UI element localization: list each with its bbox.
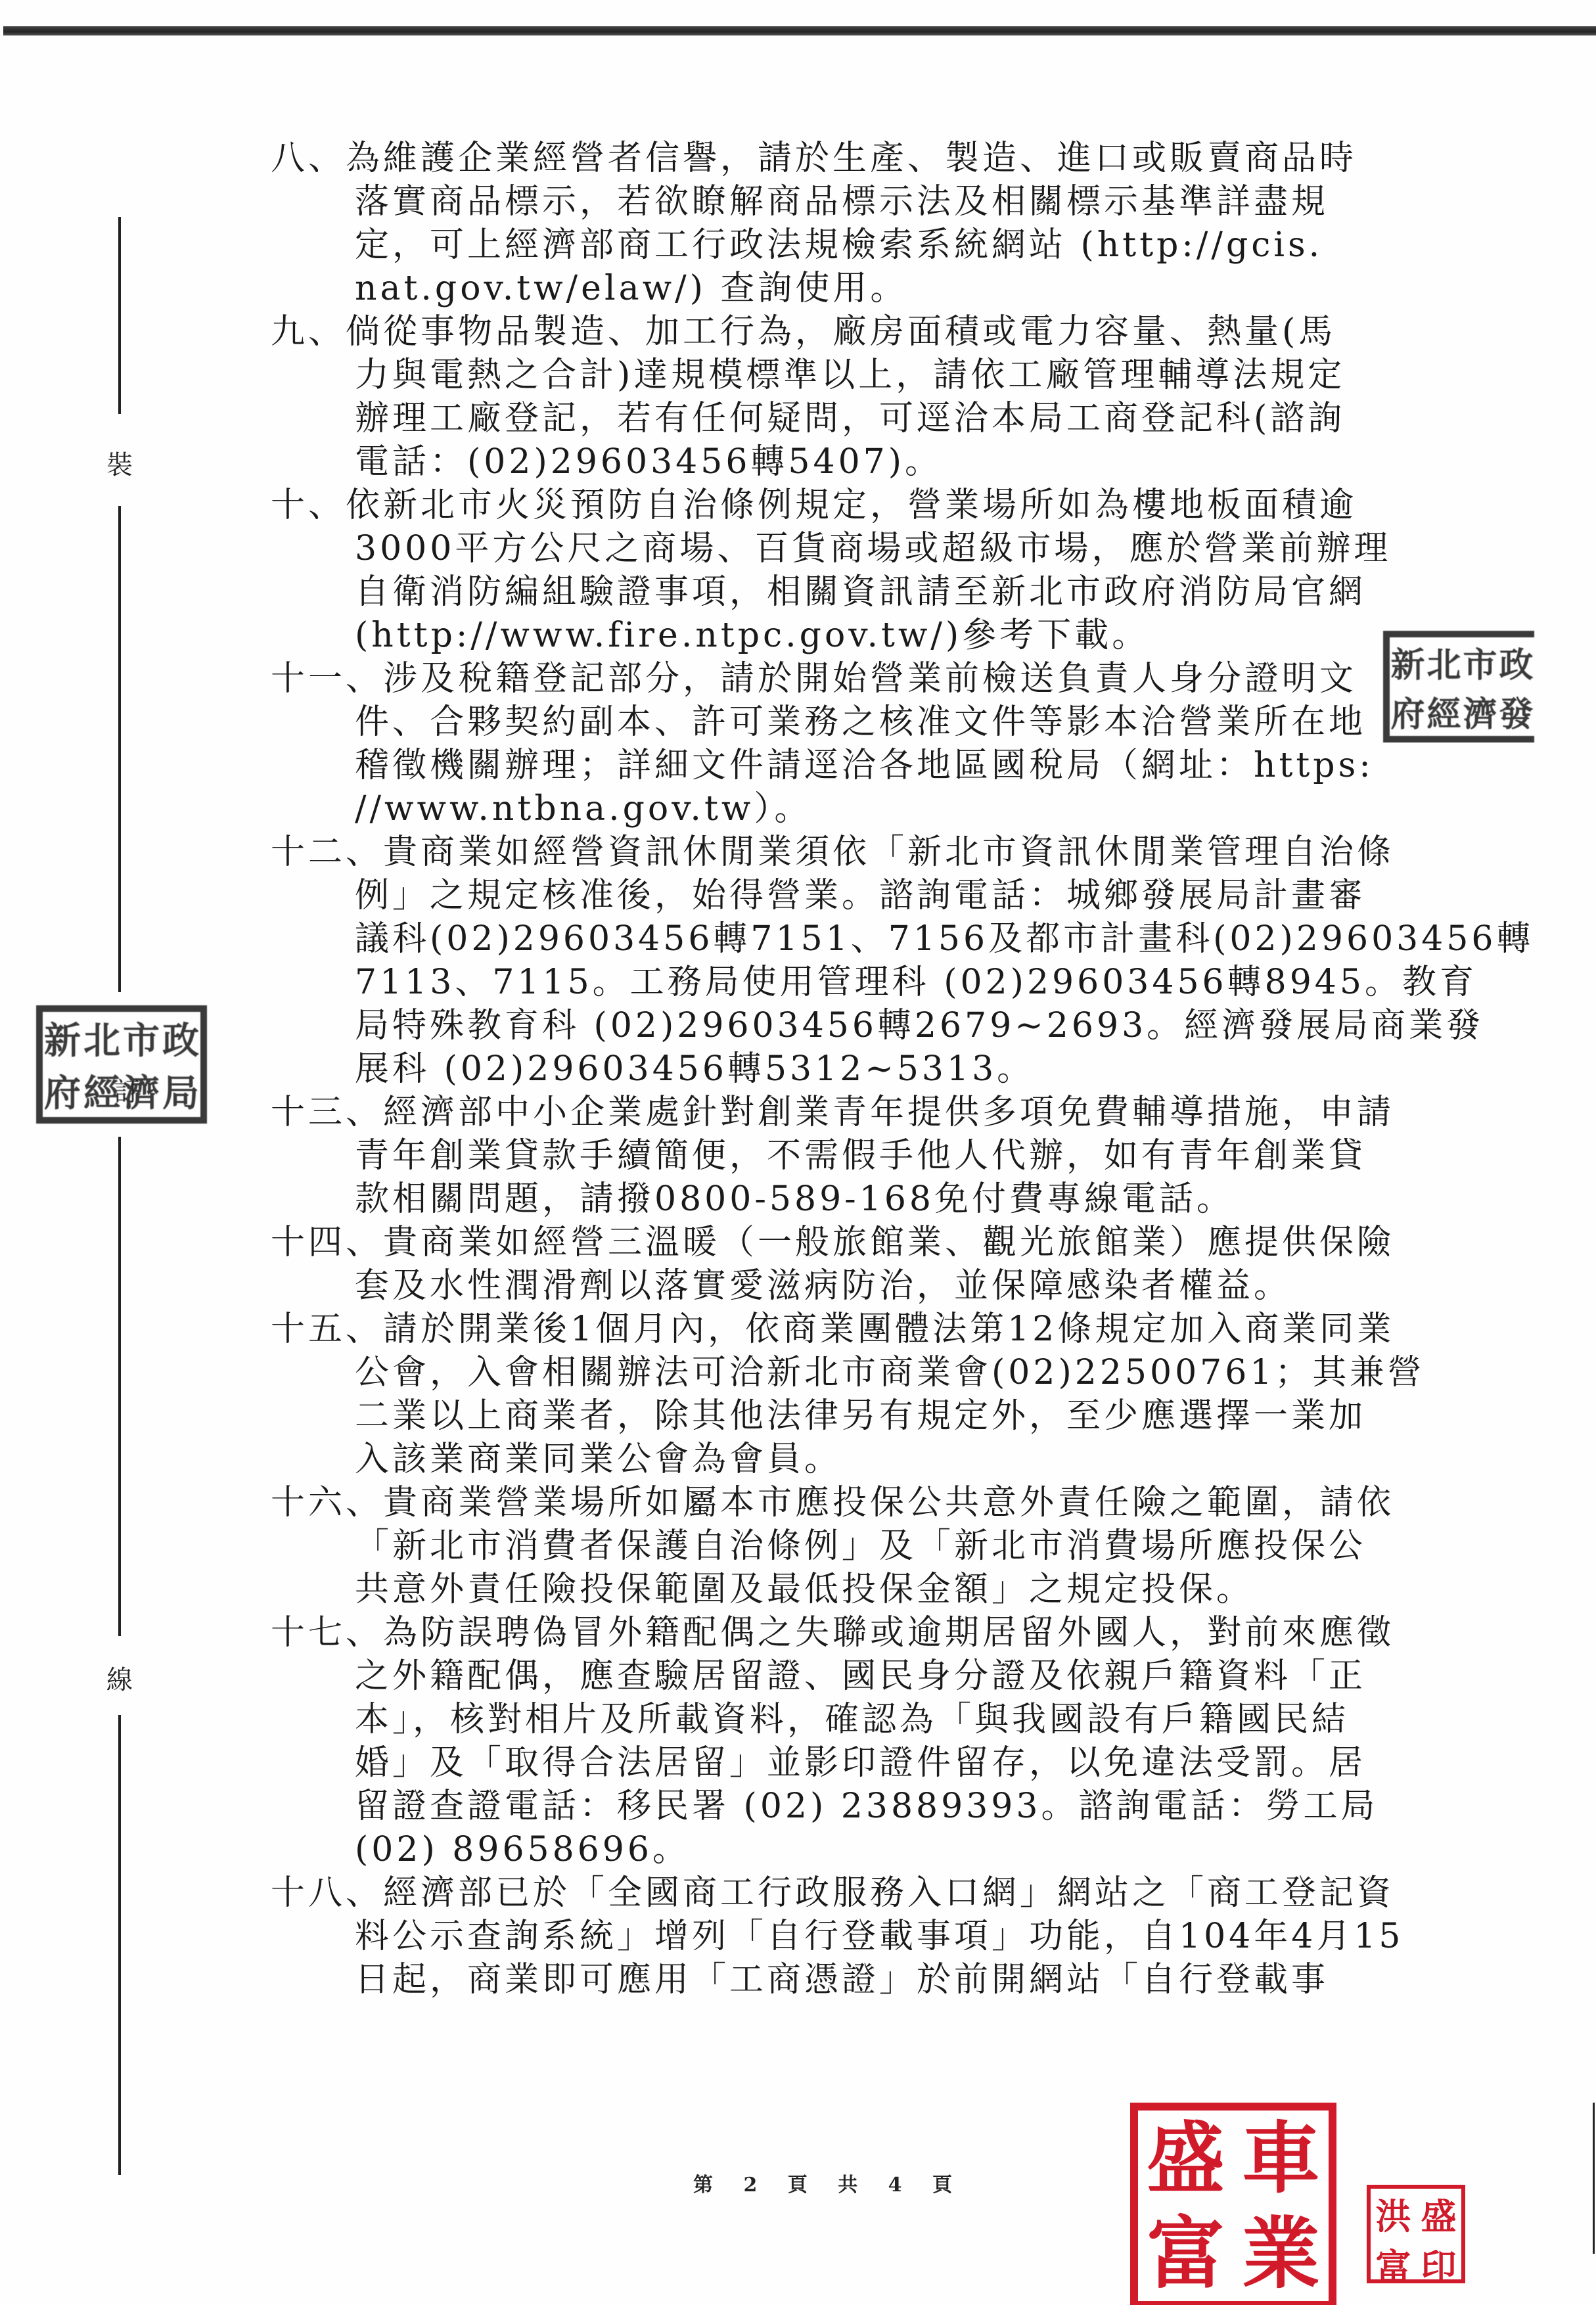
- item-text: 貴商業如經營三溫暖（一般旅館業、觀光旅館業）應提供保險: [383, 1223, 1394, 1262]
- notice-item-line: (http://www.fire.ntpc.gov.tw/)參考下載。: [271, 614, 1388, 657]
- scan-edge-shadow: [3, 26, 1596, 35]
- notice-item-line: 公會，入會相關辦法可洽新北市商業會(02)22500761；其兼營: [271, 1351, 1388, 1394]
- notice-item-first-line: 十八、經濟部已於「全國商工行政服務入口網」網站之「商工登記資: [271, 1871, 1388, 1915]
- binding-line-bottom: [118, 1715, 121, 2175]
- stamp-glyph: 北: [1426, 637, 1461, 687]
- seal-glyph: 富: [1138, 2206, 1233, 2301]
- notice-item-line: 入該業商業同業公會為會員。: [271, 1438, 1388, 1481]
- notice-item-line: 「新北市消費者保護自治條例」及「新北市消費場所應投保公: [271, 1524, 1388, 1568]
- official-stamp-left: 訂 新北市政府經濟局: [36, 1005, 207, 1124]
- notice-item-line: 青年創業貸款手續簡便，不需假手他人代辦，如有青年創業貸: [271, 1134, 1388, 1177]
- stamp-glyph: 新: [1390, 637, 1425, 687]
- stamp-glyph: 發: [1499, 687, 1533, 736]
- item-text: 經濟部已於「全國商工行政服務入口網」網站之「商工登記資: [383, 1873, 1394, 1913]
- notice-item-line: 落實商品標示，若欲瞭解商品標示法及相關標示基準詳盡規: [271, 180, 1388, 223]
- item-text: 經濟部中小企業處針對創業青年提供多項免費輔導措施，申請: [383, 1093, 1394, 1132]
- binding-mark-ding: 訂: [114, 1071, 140, 1108]
- notice-item: 十五、請於開業後1個月內，依商業團體法第12條規定加入商業同業公會，入會相關辦法…: [271, 1308, 1388, 1481]
- notice-item-line: 3000平方公尺之商場、百貨商場或超級市場，應於營業前辦理: [271, 527, 1388, 570]
- notice-item: 十二、貴商業如經營資訊休閒業須依「新北市資訊休閒業管理自治條例」之規定核准後，始…: [271, 831, 1388, 1091]
- item-number: 九、: [271, 312, 346, 352]
- official-stamp-right: 新北市政府經濟發: [1383, 631, 1534, 742]
- item-text: 為維護企業經營者信譽，請於生產、製造、進口或販賣商品時: [346, 139, 1357, 178]
- notice-item-line: 7113、7115。工務局使用管理科 (02)29603456轉8945。教育: [271, 961, 1388, 1004]
- stamp-glyph: 政: [162, 1012, 199, 1064]
- notice-item: 十一、涉及稅籍登記部分，請於開始營業前檢送負責人身分證明文件、合夥契約副本、許可…: [271, 657, 1388, 831]
- company-seal-large: 盛車富業: [1130, 2103, 1336, 2305]
- notice-item-line: 婚」及「取得合法居留」並影印證件留存，以免違法受罰。居: [271, 1741, 1388, 1785]
- notice-item-first-line: 八、為維護企業經營者信譽，請於生產、製造、進口或販賣商品時: [271, 137, 1388, 180]
- notice-item-first-line: 十二、貴商業如經營資訊休閒業須依「新北市資訊休閒業管理自治條: [271, 831, 1388, 874]
- notice-item-line: //www.ntbna.gov.tw）。: [271, 787, 1388, 831]
- item-number: 十五、: [271, 1310, 383, 1349]
- item-text: 貴商業營業場所如屬本市應投保公共意外責任險之範圍，請依: [383, 1483, 1394, 1522]
- notice-item-line: 稽徵機關辦理；詳細文件請逕洽各地區國稅局（網址：https:: [271, 744, 1388, 787]
- notice-item: 九、倘從事物品製造、加工行為，廠房面積或電力容量、熱量(馬力與電熱之合計)達規模…: [271, 310, 1388, 484]
- stamp-glyph: 經: [1426, 687, 1461, 736]
- item-number: 十四、: [271, 1223, 383, 1262]
- notice-item-line: 辦理工廠登記，若有任何疑問，可逕洽本局工商登記科(諮詢: [271, 397, 1388, 440]
- notice-item-line: 共意外責任險投保範圍及最低投保金額」之規定投保。: [271, 1568, 1388, 1611]
- notice-item-line: 局特殊教育科 (02)29603456轉2679~2693。經濟發展局商業發: [271, 1004, 1388, 1047]
- notice-item-line: (02) 89658696。: [271, 1828, 1388, 1871]
- notice-item-line: 二業以上商業者，除其他法律另有規定外，至少應選擇一業加: [271, 1394, 1388, 1438]
- stamp-glyph: 局: [162, 1064, 199, 1117]
- notice-item-line: 例」之規定核准後，始得營業。諮詢電話：城鄉發展局計畫審: [271, 874, 1388, 917]
- notice-item-line: 之外籍配偶，應查驗居留證、國民身分證及依親戶籍資料「正: [271, 1655, 1388, 1698]
- notice-item-line: 本」，核對相片及所載資料，確認為「與我國設有戶籍國民結: [271, 1698, 1388, 1741]
- stamp-glyph: 政: [1499, 637, 1533, 687]
- item-text: 倘從事物品製造、加工行為，廠房面積或電力容量、熱量(馬: [346, 312, 1336, 352]
- item-number: 十一、: [271, 659, 383, 698]
- notice-item: 十、依新北市火災預防自治條例規定，營業場所如為樓地板面積逾3000平方公尺之商場…: [271, 484, 1388, 657]
- notice-item-line: 定，可上經濟部商工行政法規檢索系統網站 (http://gcis.: [271, 223, 1388, 267]
- notice-item-first-line: 十六、貴商業營業場所如屬本市應投保公共意外責任險之範圍，請依: [271, 1481, 1388, 1524]
- notice-item-line: 展科 (02)29603456轉5312~5313。: [271, 1047, 1388, 1091]
- seal-glyph: 盛: [1416, 2189, 1461, 2239]
- seal-glyph: 富: [1371, 2239, 1416, 2290]
- item-text: 依新北市火災預防自治條例規定，營業場所如為樓地板面積逾: [346, 486, 1357, 525]
- binding-mark-zhuang: 裝: [106, 444, 133, 482]
- item-number: 十三、: [271, 1093, 383, 1132]
- item-number: 十、: [271, 486, 346, 525]
- notice-item-first-line: 十五、請於開業後1個月內，依商業團體法第12條規定加入商業同業: [271, 1308, 1388, 1351]
- item-number: 十七、: [271, 1613, 383, 1653]
- notice-item: 十八、經濟部已於「全國商工行政服務入口網」網站之「商工登記資料公示查詢系統」增列…: [271, 1871, 1388, 2001]
- stamp-glyph: 市: [1463, 637, 1497, 687]
- notice-item-line: 日起，商業即可應用「工商憑證」於前開網站「自行登載事: [271, 1958, 1388, 2001]
- notice-item-line: 款相關問題，請撥0800-589-168免付費專線電話。: [271, 1177, 1388, 1221]
- notice-item: 十七、為防誤聘偽冒外籍配偶之失聯或逾期居留外國人，對前來應徵之外籍配偶，應查驗居…: [271, 1611, 1388, 1871]
- stamp-glyph: 府: [1390, 687, 1425, 736]
- seal-glyph: 印: [1416, 2239, 1461, 2290]
- item-number: 十二、: [271, 833, 383, 872]
- scan-right-edge: [1593, 2103, 1595, 2254]
- notice-item: 十六、貴商業營業場所如屬本市應投保公共意外責任險之範圍，請依「新北市消費者保護自…: [271, 1481, 1388, 1611]
- notice-item-line: 件、合夥契約副本、許可業務之核准文件等影本洽營業所在地: [271, 700, 1388, 744]
- notice-item-first-line: 十、依新北市火災預防自治條例規定，營業場所如為樓地板面積逾: [271, 484, 1388, 527]
- notice-item-line: 力與電熱之合計)達規模標準以上，請依工廠管理輔導法規定: [271, 354, 1388, 397]
- notice-item-line: nat.gov.tw/elaw/) 查詢使用。: [271, 267, 1388, 310]
- notice-item: 十三、經濟部中小企業處針對創業青年提供多項免費輔導措施，申請青年創業貸款手續簡便…: [271, 1091, 1388, 1221]
- item-text: 貴商業如經營資訊休閒業須依「新北市資訊休閒業管理自治條: [383, 833, 1394, 872]
- notice-item-line: 議科(02)29603456轉7151、7156及都市計畫科(02)296034…: [271, 917, 1388, 961]
- notice-item-line: 電話：(02)29603456轉5407)。: [271, 440, 1388, 484]
- item-text: 涉及稅籍登記部分，請於開始營業前檢送負責人身分證明文: [383, 659, 1357, 698]
- notice-item-first-line: 九、倘從事物品製造、加工行為，廠房面積或電力容量、熱量(馬: [271, 310, 1388, 354]
- stamp-glyph: 府: [44, 1064, 81, 1117]
- seal-glyph: 業: [1233, 2206, 1329, 2301]
- item-number: 八、: [271, 139, 346, 178]
- item-number: 十六、: [271, 1483, 383, 1522]
- binding-line-lower-mid: [118, 1137, 121, 1636]
- notice-item-first-line: 十三、經濟部中小企業處針對創業青年提供多項免費輔導措施，申請: [271, 1091, 1388, 1134]
- page-number: 第 2 頁 共 4 頁: [693, 2168, 964, 2197]
- binding-line-top: [118, 217, 121, 414]
- notice-item-first-line: 十一、涉及稅籍登記部分，請於開始營業前檢送負責人身分證明文: [271, 657, 1388, 700]
- item-number: 十八、: [271, 1873, 383, 1913]
- stamp-glyph: 北: [83, 1012, 120, 1064]
- notice-body: 八、為維護企業經營者信譽，請於生產、製造、進口或販賣商品時落實商品標示，若欲瞭解…: [271, 137, 1388, 2001]
- notice-item-first-line: 十四、貴商業如經營三溫暖（一般旅館業、觀光旅館業）應提供保險: [271, 1221, 1388, 1264]
- binding-line-upper-mid: [118, 506, 121, 992]
- stamp-glyph: 新: [44, 1012, 81, 1064]
- item-text: 為防誤聘偽冒外籍配偶之失聯或逾期居留外國人，對前來應徵: [383, 1613, 1394, 1653]
- seal-glyph: 車: [1233, 2111, 1329, 2206]
- notice-item-line: 留證查證電話：移民署 (02) 23889393。諮詢電話：勞工局: [271, 1785, 1388, 1828]
- notice-item-line: 料公示查詢系統」增列「自行登載事項」功能，自104年4月15: [271, 1915, 1388, 1958]
- notice-item-line: 套及水性潤滑劑以落實愛滋病防治，並保障感染者權益。: [271, 1264, 1388, 1308]
- seal-glyph: 洪: [1371, 2189, 1416, 2239]
- stamp-glyph: 市: [123, 1012, 160, 1064]
- binding-mark-xian: 線: [106, 1659, 133, 1697]
- notice-item-first-line: 十七、為防誤聘偽冒外籍配偶之失聯或逾期居留外國人，對前來應徵: [271, 1611, 1388, 1655]
- company-seal-small: 洪盛富印: [1367, 2185, 1465, 2283]
- notice-item: 十四、貴商業如經營三溫暖（一般旅館業、觀光旅館業）應提供保險套及水性潤滑劑以落實…: [271, 1221, 1388, 1308]
- item-text: 請於開業後1個月內，依商業團體法第12條規定加入商業同業: [383, 1310, 1394, 1349]
- notice-item-line: 自衛消防編組驗證事項，相關資訊請至新北市政府消防局官網: [271, 570, 1388, 614]
- notice-item: 八、為維護企業經營者信譽，請於生產、製造、進口或販賣商品時落實商品標示，若欲瞭解…: [271, 137, 1388, 310]
- stamp-glyph: 濟: [1463, 687, 1497, 736]
- seal-glyph: 盛: [1138, 2111, 1233, 2206]
